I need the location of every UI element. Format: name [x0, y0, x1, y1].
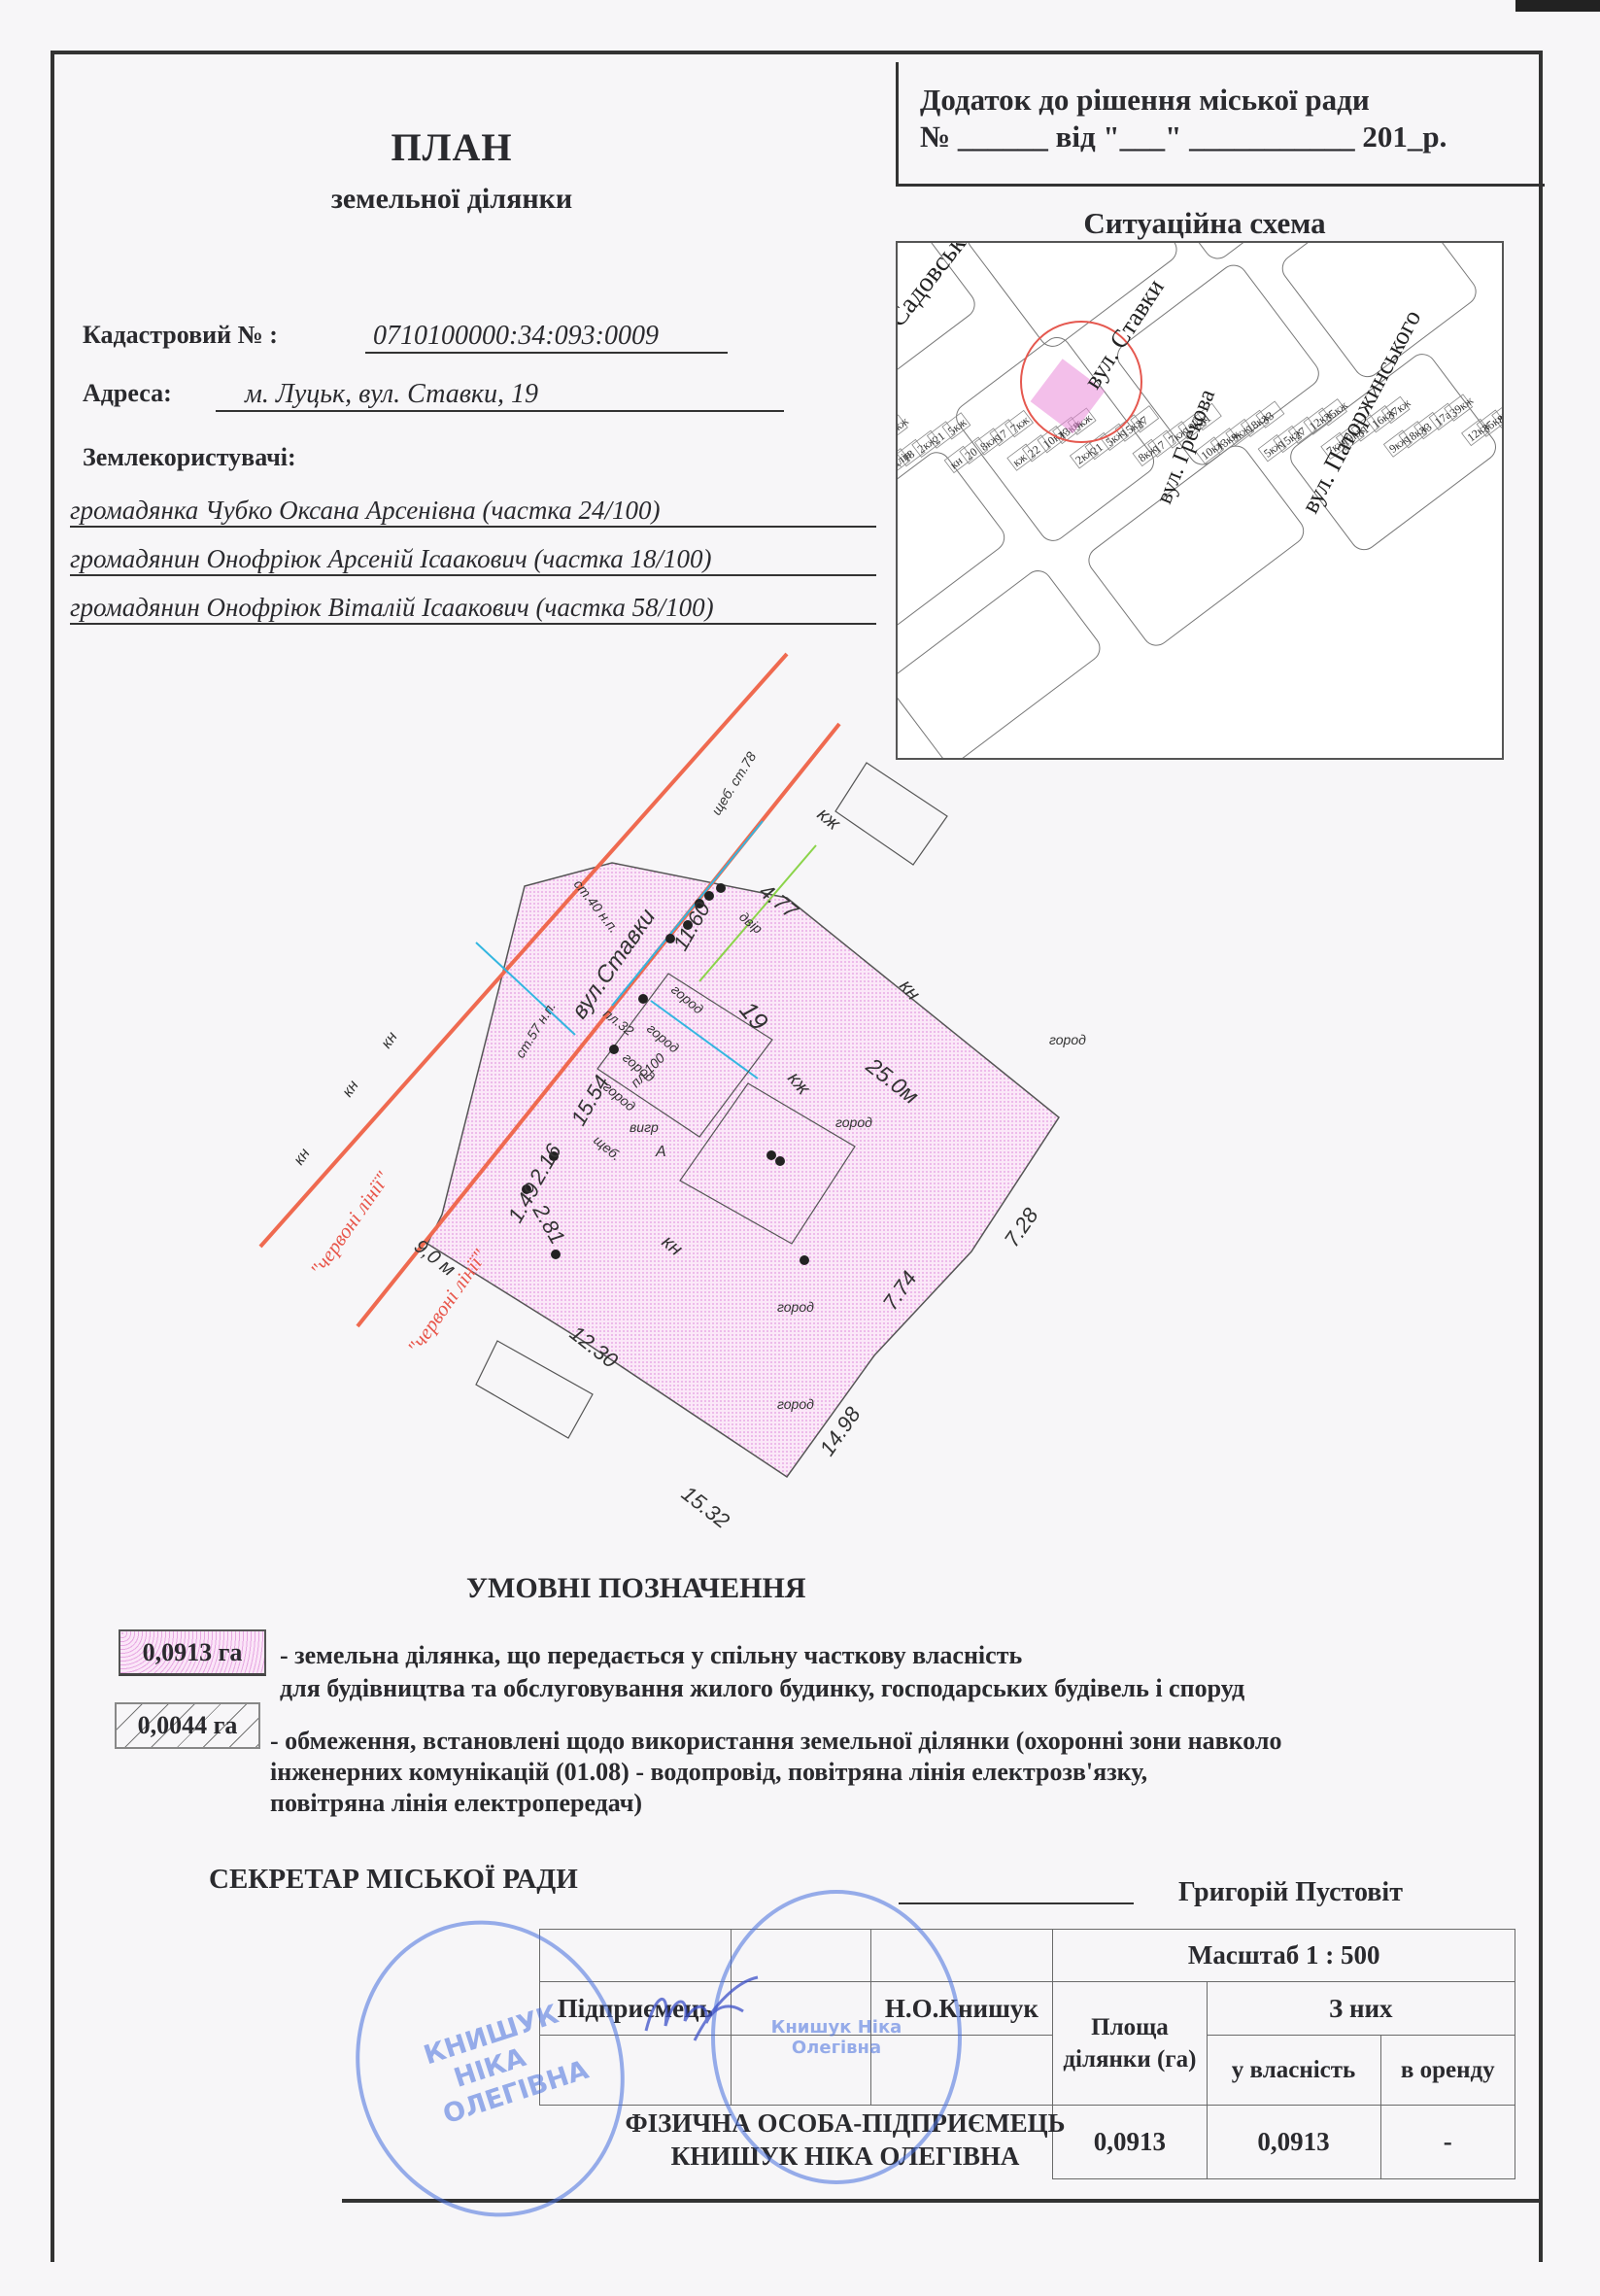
cadastral-label: Кадастровий № :	[83, 321, 278, 350]
land-user-3: громадянин Онофріюк Віталій Ісаакович (ч…	[70, 593, 876, 625]
svg-text:щеб. ст.78: щеб. ст.78	[708, 749, 760, 818]
legend-parcel-line-1: - земельна ділянка, що передається у спі…	[280, 1640, 1022, 1671]
address-label: Адреса:	[83, 379, 172, 408]
svg-text:город: город	[1049, 1032, 1086, 1047]
legend-restriction-line-2: інженерних комунікацій (01.08) - водопро…	[270, 1757, 1147, 1788]
owned-value: 0,0913	[1207, 2106, 1380, 2179]
annex-box: Додаток до рішення міської ради № ______…	[896, 62, 1545, 187]
land-user-1: громадянка Чубко Оксана Арсенівна (частк…	[70, 496, 876, 528]
legend-parcel-swatch: 0,0913 га	[119, 1629, 266, 1676]
document-title: ПЛАН	[291, 124, 612, 170]
land-plan: 194.7725.0м7.287.7414.9815.3212.302.811.…	[194, 641, 1214, 1564]
svg-text:город: город	[835, 1114, 872, 1130]
svg-text:вул. Ставки: вул. Ставки	[1078, 274, 1170, 394]
svg-text:А: А	[655, 1144, 666, 1160]
svg-text:город: город	[777, 1396, 814, 1412]
legend-restriction-line-3: повітряна лінія електропередач)	[270, 1788, 642, 1819]
document-subtitle: земельної ділянки	[223, 183, 680, 216]
svg-text:вигр: вигр	[630, 1119, 659, 1135]
area-header: Площа ділянки (га)	[1053, 1982, 1207, 2106]
svg-text:город: город	[777, 1299, 814, 1315]
svg-text:"червоні лінії": "червоні лінії"	[305, 1167, 394, 1281]
svg-text:15.32: 15.32	[677, 1481, 734, 1533]
svg-text:кн: кн	[378, 1029, 400, 1051]
svg-text:5кж: 5кж	[945, 415, 970, 438]
entrepreneur-stamp-text: Книшук Ніка Олегівна	[768, 2017, 904, 2058]
annex-line-2: № ______ від "___" ___________ 201_р.	[920, 119, 1545, 155]
svg-text:кн: кн	[339, 1078, 361, 1100]
legend-restriction-swatch: 0,0044 га	[115, 1702, 260, 1749]
svg-text:10кж: 10кж	[898, 414, 911, 440]
scan-edge	[1515, 0, 1600, 12]
land-users-label: Землекористувачі:	[83, 443, 296, 472]
address-value: м. Луцьк, вул. Ставки, 19	[216, 379, 784, 412]
rent-header: в оренду	[1380, 2036, 1515, 2106]
entrepreneur-signature	[636, 1972, 763, 2050]
situation-title: Ситуаційна схема	[971, 206, 1438, 241]
legend-restriction-line-1: - обмеження, встановлені щодо використан…	[270, 1726, 1282, 1757]
land-plan-drawing: 194.7725.0м7.287.7414.9815.3212.302.811.…	[194, 641, 1214, 1564]
annex-line-1: Додаток до рішення міської ради	[920, 82, 1545, 119]
of-which-header: З них	[1207, 1982, 1515, 2036]
svg-text:кж: кж	[813, 804, 845, 836]
svg-text:вул. Садовського: вул. Садовського	[898, 243, 995, 373]
scale-label: Масштаб 1 : 500	[1053, 1930, 1515, 1982]
svg-text:7.28: 7.28	[1000, 1203, 1043, 1251]
land-user-2: громадянин Онофріюк Арсеній Ісаакович (ч…	[70, 544, 876, 576]
secretary-title: СЕКРЕТАР МІСЬКОЇ РАДИ	[209, 1864, 578, 1896]
svg-text:кн: кн	[290, 1146, 313, 1168]
secretary-signature-line	[899, 1902, 1134, 1904]
engineer-stamp-text: КНИШУК НІКА ОЛЕГІВНА	[421, 2006, 561, 2131]
rent-value: -	[1380, 2106, 1515, 2179]
secretary-name: Григорій Пустовіт	[1178, 1877, 1403, 1908]
legend-parcel-line-2: для будівництва та обслуговування жилого…	[280, 1673, 1244, 1704]
legend-title: УМОВНІ ПОЗНАЧЕННЯ	[466, 1572, 806, 1605]
cadastral-number: 0710100000:34:093:0009	[365, 321, 728, 354]
svg-text:7кж: 7кж	[1007, 413, 1032, 436]
owned-header: у власність	[1207, 2036, 1380, 2106]
